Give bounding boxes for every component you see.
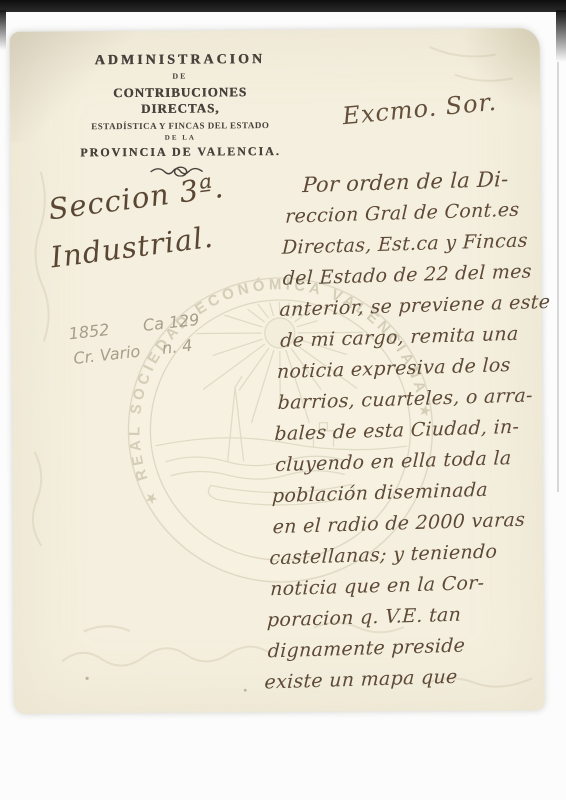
- letterhead-line-provincia: PROVINCIA DE VALENCIA.: [73, 144, 287, 160]
- manuscript-body: Por orden de la Di- reccion Gral de Cont…: [264, 163, 557, 699]
- letterhead: ADMINISTRACION DE CONTRIBUCIONES DIRECTA…: [73, 52, 288, 182]
- scanned-document-page: ★ REAL SOCIEDAD ECONÓMICA VALENCIANA ★: [0, 0, 566, 800]
- scanner-right-edge: [556, 10, 566, 62]
- letterhead-line-administracion: ADMINISTRACION: [73, 52, 287, 69]
- letterhead-line-contribuciones: CONTRIBUCIONES DIRECTAS,: [73, 84, 287, 117]
- letterhead-line-estadistica: ESTADÍSTICA Y FINCAS DEL ESTADO: [73, 120, 287, 131]
- scanner-top-edge: [0, 0, 566, 12]
- pencil-year: 1852: [68, 320, 111, 343]
- scanner-left-edge: [0, 10, 6, 50]
- letterhead-line-de: DE: [73, 71, 287, 81]
- pencil-number-ref: n. 4: [161, 336, 193, 358]
- letterhead-line-dela: DE LA: [73, 133, 287, 142]
- scanner-right-seam: [557, 62, 559, 492]
- manuscript-paper: ★ REAL SOCIEDAD ECONÓMICA VALENCIANA ★: [10, 28, 545, 714]
